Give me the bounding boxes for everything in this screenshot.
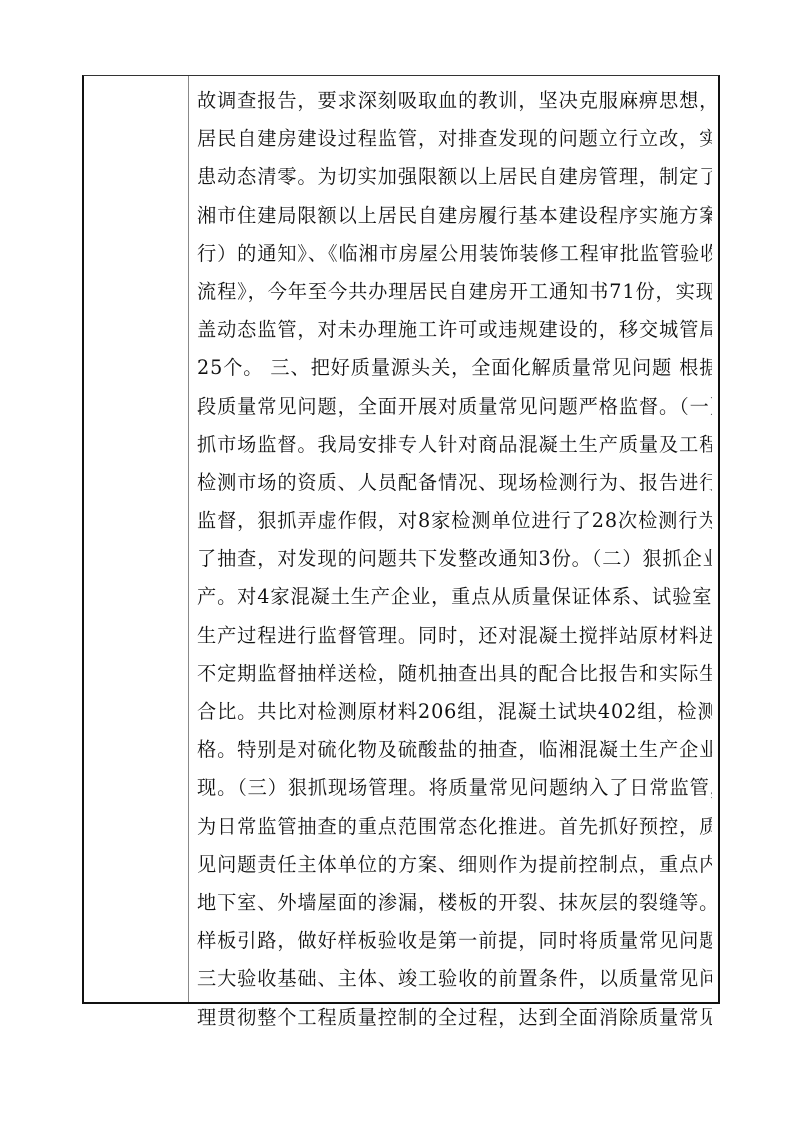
text-line: 居民自建房建设过程监管，对排查发现的问题立行立改，实现隐: [197, 120, 712, 158]
text-line: 流程》，今年至今共办理居民自建房开工通知书71份，实现全覆: [197, 273, 712, 311]
text-line: 盖动态监管，对未办理施工许可或违规建设的，移交城管局立案: [197, 311, 712, 349]
text-line: 监督，狠抓弄虚作假，对8家检测单位进行了28次检测行为进行: [197, 502, 712, 540]
text-line: 现。（三）狠抓现场管理。将质量常见问题纳入了日常监管，作: [197, 769, 712, 807]
table-label-cell: [84, 76, 189, 1002]
text-line: 样板引路，做好样板验收是第一前提，同时将质量常见问题列入: [197, 922, 712, 960]
text-line: 理贯彻整个工程质量控制的全过程，达到全面消除质量常见问: [197, 999, 712, 1037]
text-line: 生产过程进行监督管理。同时，还对混凝土搅拌站原材料进行了: [197, 617, 712, 655]
text-line: 三大验收基础、主体、竣工验收的前置条件，以质量常见问题治: [197, 960, 712, 998]
text-line: 段质量常见问题，全面开展对质量常见问题严格监督。（一）狠: [197, 388, 712, 426]
text-line: 见问题责任主体单位的方案、细则作为提前控制点，重点内容为: [197, 846, 712, 884]
text-line: 不定期监督抽样送检，随机抽查出具的配合比报告和实际生产配: [197, 655, 712, 693]
text-line: 抓市场监督。我局安排专人针对商品混凝土生产质量及工程质量: [197, 426, 712, 464]
text-line: 合比。共比对检测原材料206组，混凝土试块402组，检测均为合: [197, 693, 712, 731]
text-line: 了抽查，对发现的问题共下发整改通知3份。（二）狠抓企业生: [197, 540, 712, 578]
text-line: 行）的通知》、《临湘市房屋公用装饰装修工程审批监管验收工作: [197, 235, 712, 273]
table-content-cell: 故调查报告，要求深刻吸取血的教训，坚决克服麻痹思想，加强居民自建房建设过程监管，…: [189, 76, 718, 1002]
text-line: 患动态清零。为切实加强限额以上居民自建房管理，制定了《临: [197, 158, 712, 196]
text-line: 25个。 三、把好质量源头关，全面化解质量常见问题 根据现阶: [197, 349, 712, 387]
text-line: 检测市场的资质、人员配备情况、现场检测行为、报告进行全程: [197, 464, 712, 502]
text-line: 故调查报告，要求深刻吸取血的教训，坚决克服麻痹思想，加强: [197, 82, 712, 120]
text-line: 格。特别是对硫化物及硫酸盐的抽查，临湘混凝土生产企业未发: [197, 731, 712, 769]
text-line: 湘市住建局限额以上居民自建房履行基本建设程序实施方案（试: [197, 197, 712, 235]
document-table: 故调查报告，要求深刻吸取血的教训，坚决克服麻痹思想，加强居民自建房建设过程监管，…: [82, 75, 720, 1004]
text-line: 地下室、外墙屋面的渗漏，楼板的开裂、抹灰层的裂缝等。抓好: [197, 884, 712, 922]
text-line: 产。对4家混凝土生产企业，重点从质量保证体系、试验室管理、: [197, 578, 712, 616]
text-line: 为日常监管抽查的重点范围常态化推进。首先抓好预控，质量常: [197, 808, 712, 846]
